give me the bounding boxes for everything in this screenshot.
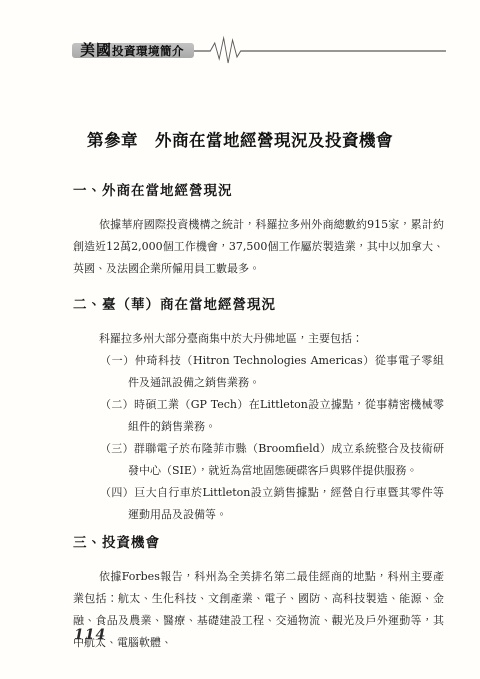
section-heading-2: 二、臺（華）商在當地經營現況 bbox=[73, 295, 444, 315]
list-item: （三）群聯電子於布隆菲市縣（Broomfield）成立系統整合及技術研發中心（S… bbox=[100, 438, 444, 482]
pulse-line-icon bbox=[194, 34, 446, 68]
running-header: 美國 投資環境簡介 bbox=[72, 40, 446, 60]
page-number: 114 bbox=[74, 627, 106, 643]
list-item-text: 巨大自行車於Littleton設立銷售據點，經營自行車暨其零件等運動用品及設備等… bbox=[128, 486, 444, 521]
taiwan-company-list: （一）仲琦科技（Hitron Technologies Americas）從事電… bbox=[100, 350, 444, 526]
list-item-text: 仲琦科技（Hitron Technologies Americas）從事電子零組… bbox=[128, 354, 444, 389]
page-content: 一、外商在當地經營現況 依據華府國際投資機構之統計，科羅拉多州外商總數約915家… bbox=[73, 181, 444, 654]
list-item-label: （三） bbox=[100, 442, 134, 455]
list-item: （二）時碩工業（GP Tech）在Littleton設立據點，從事精密機械零組件… bbox=[100, 394, 444, 438]
section-heading-3: 三、投資機會 bbox=[73, 533, 444, 553]
list-item: （一）仲琦科技（Hitron Technologies Americas）從事電… bbox=[100, 350, 444, 394]
section-heading-1: 一、外商在當地經營現況 bbox=[73, 181, 444, 201]
section-2-paragraph: 科羅拉多州大部分臺商集中於大丹佛地區，主要包括： bbox=[73, 328, 444, 350]
list-item-text: 群聯電子於布隆菲市縣（Broomfield）成立系統整合及技術研發中心（SIE）… bbox=[128, 442, 444, 477]
list-item-text: 時碩工業（GP Tech）在Littleton設立據點，從事精密機械零組件的銷售… bbox=[128, 398, 444, 433]
list-item: （四）巨大自行車於Littleton設立銷售據點，經營自行車暨其零件等運動用品及… bbox=[100, 482, 444, 526]
list-item-label: （四） bbox=[100, 486, 134, 499]
header-badge-title: 美國 bbox=[80, 43, 112, 58]
document-page: 美國 投資環境簡介 第參章 外商在當地經營現況及投資機會 一、外商在當地經營現況… bbox=[0, 0, 480, 679]
section-1-paragraph: 依據華府國際投資機構之統計，科羅拉多州外商總數約915家，累計約創造近12萬2,… bbox=[73, 214, 444, 280]
chapter-title: 第參章 外商在當地經營現況及投資機會 bbox=[0, 127, 480, 151]
list-item-label: （一） bbox=[100, 354, 135, 367]
list-item-label: （二） bbox=[100, 398, 134, 411]
header-badge: 美國 投資環境簡介 bbox=[72, 43, 194, 58]
header-badge-subtitle: 投資環境簡介 bbox=[112, 44, 184, 59]
section-3-paragraph: 依據Forbes報告，科州為全美排名第二最佳經商的地點，科州主要產業包括：航太、… bbox=[73, 566, 444, 654]
